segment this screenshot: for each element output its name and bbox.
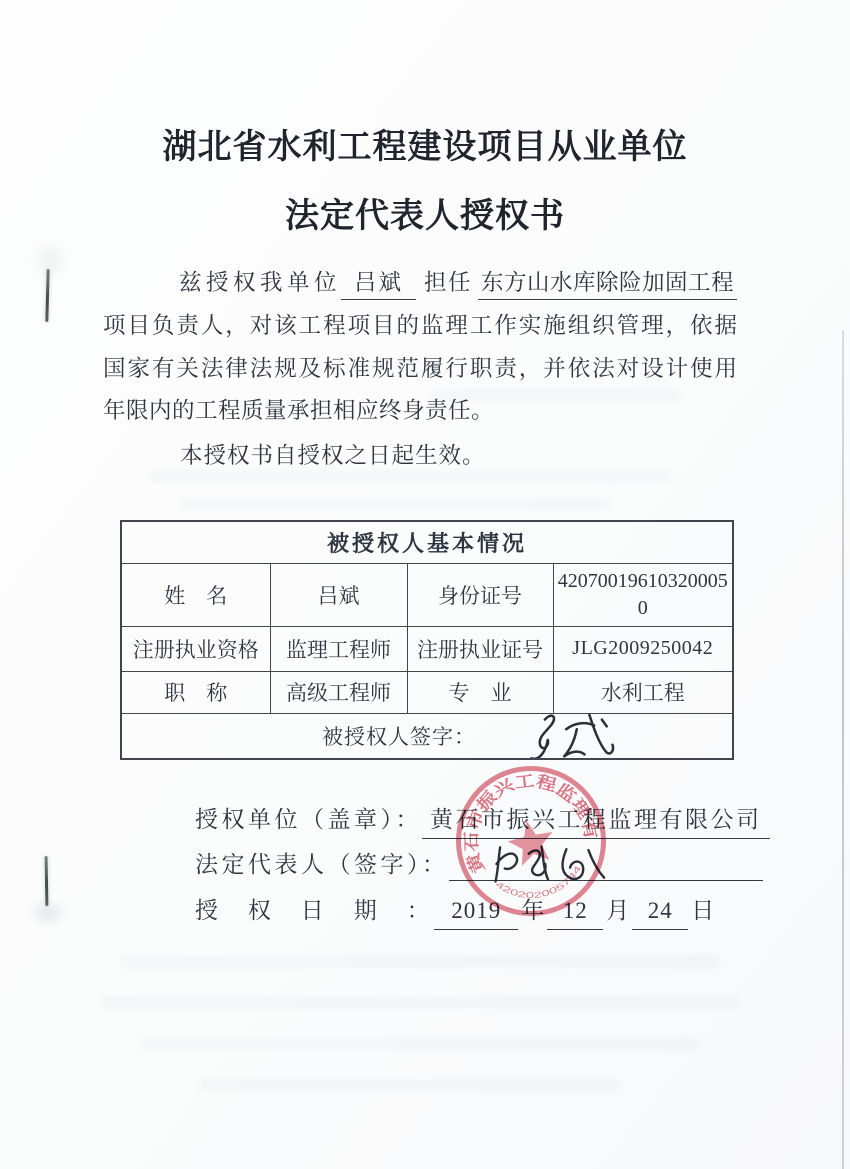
id-number-value: 420700196103200050 (553, 563, 733, 626)
body-line-2: 项目负责人，对该工程项目的监理工作实施组织管理，依据 (103, 311, 737, 341)
page-title-line-2: 法定代表人授权书 (0, 188, 850, 237)
body-line-3: 国家有关法律法规及标准规范履行职责，并依法对设计使用 (103, 354, 737, 384)
body-line-4: 年限内的工程质量承担相应终身责任。 (103, 396, 737, 426)
table-row: 注册执业资格 监理工程师 注册执业证号 JLG2009250042 (121, 626, 733, 671)
job-title-label: 职 称 (121, 671, 270, 713)
day-unit: 日 (691, 895, 714, 927)
date-day-underline: 24 (632, 895, 688, 930)
qualification-value: 监理工程师 (270, 626, 407, 671)
name-label: 姓 名 (121, 563, 270, 626)
paper-edge-line (842, 330, 844, 1169)
legal-representative-label: 法定代表人（签字）： (195, 852, 449, 877)
specialty-label: 专 业 (407, 671, 553, 713)
license-number-label: 注册执业证号 (407, 626, 553, 671)
date-month-underline: 12 (547, 895, 603, 930)
authorization-date-values: 2019年12月24日 (434, 898, 717, 923)
authorizing-unit-row: 授权单位（盖章）：黄石市振兴工程监理有限公司 (195, 804, 770, 839)
license-number-value: JLG2009250042 (553, 626, 733, 671)
table-row: 职 称 高级工程师 专 业 水利工程 (121, 671, 733, 713)
serve-as-text: 担任 (416, 268, 478, 298)
table-title-row: 被授权人基本情况 (121, 521, 733, 563)
bleed-through-mark (200, 1079, 620, 1091)
id-number-label: 身份证号 (407, 563, 553, 626)
bleed-through-mark (150, 470, 670, 483)
scan-smudge (30, 240, 70, 280)
authorizing-unit-value-underline: 黄石市振兴工程监理有限公司 (422, 804, 770, 839)
signature-cell: 被授权人签字： (121, 713, 733, 759)
bleed-through-mark (120, 955, 720, 968)
beneficiary-table: 被授权人基本情况 姓 名 吕斌 身份证号 420700196103200050 … (120, 520, 734, 760)
bleed-through-mark (180, 498, 610, 510)
bleed-through-mark (140, 1038, 700, 1050)
table-title: 被授权人基本情况 (121, 521, 733, 563)
authorization-date-row: 授权日期：2019年12月24日 (195, 895, 717, 930)
authorizing-unit-label: 授权单位（盖章）： (195, 807, 422, 832)
qualification-label: 注册执业资格 (121, 626, 270, 671)
job-title-value: 高级工程师 (270, 671, 407, 713)
legal-representative-row: 法定代表人（签字）： (195, 849, 763, 881)
body-line-1: 兹授权我单位吕斌担任东方山水库除险加固工程 (103, 268, 737, 300)
year-unit: 年 (521, 895, 544, 927)
authorized-person-signature (520, 713, 620, 759)
authorized-name-underline: 吕斌 (341, 268, 416, 300)
page-title-line-1: 湖北省水利工程建设项目从业单位 (0, 119, 850, 168)
signature-row: 被授权人签字： (121, 713, 733, 759)
authorize-prefix-text: 兹授权我单位 (179, 268, 341, 298)
legal-rep-signature (483, 840, 613, 886)
table-row: 姓 名 吕斌 身份证号 420700196103200050 (121, 563, 733, 626)
authorization-date-label: 授权日期： (195, 898, 460, 923)
date-year-underline: 2019 (434, 895, 518, 930)
staple-mark-top (45, 269, 49, 322)
specialty-value: 水利工程 (553, 671, 733, 713)
authorized-signature-label: 被授权人签字： (322, 721, 476, 751)
month-unit: 月 (606, 895, 629, 927)
document-page: 湖北省水利工程建设项目从业单位 法定代表人授权书 兹授权我单位吕斌担任东方山水库… (0, 0, 850, 1169)
body-line-5: 本授权书自授权之日起生效。 (103, 441, 814, 471)
staple-mark-bottom (45, 856, 49, 906)
name-value: 吕斌 (270, 563, 407, 626)
legal-representative-signature-line (449, 850, 763, 881)
project-name-underline: 东方山水库除险加固工程 (478, 268, 737, 300)
bleed-through-mark (100, 996, 740, 1009)
